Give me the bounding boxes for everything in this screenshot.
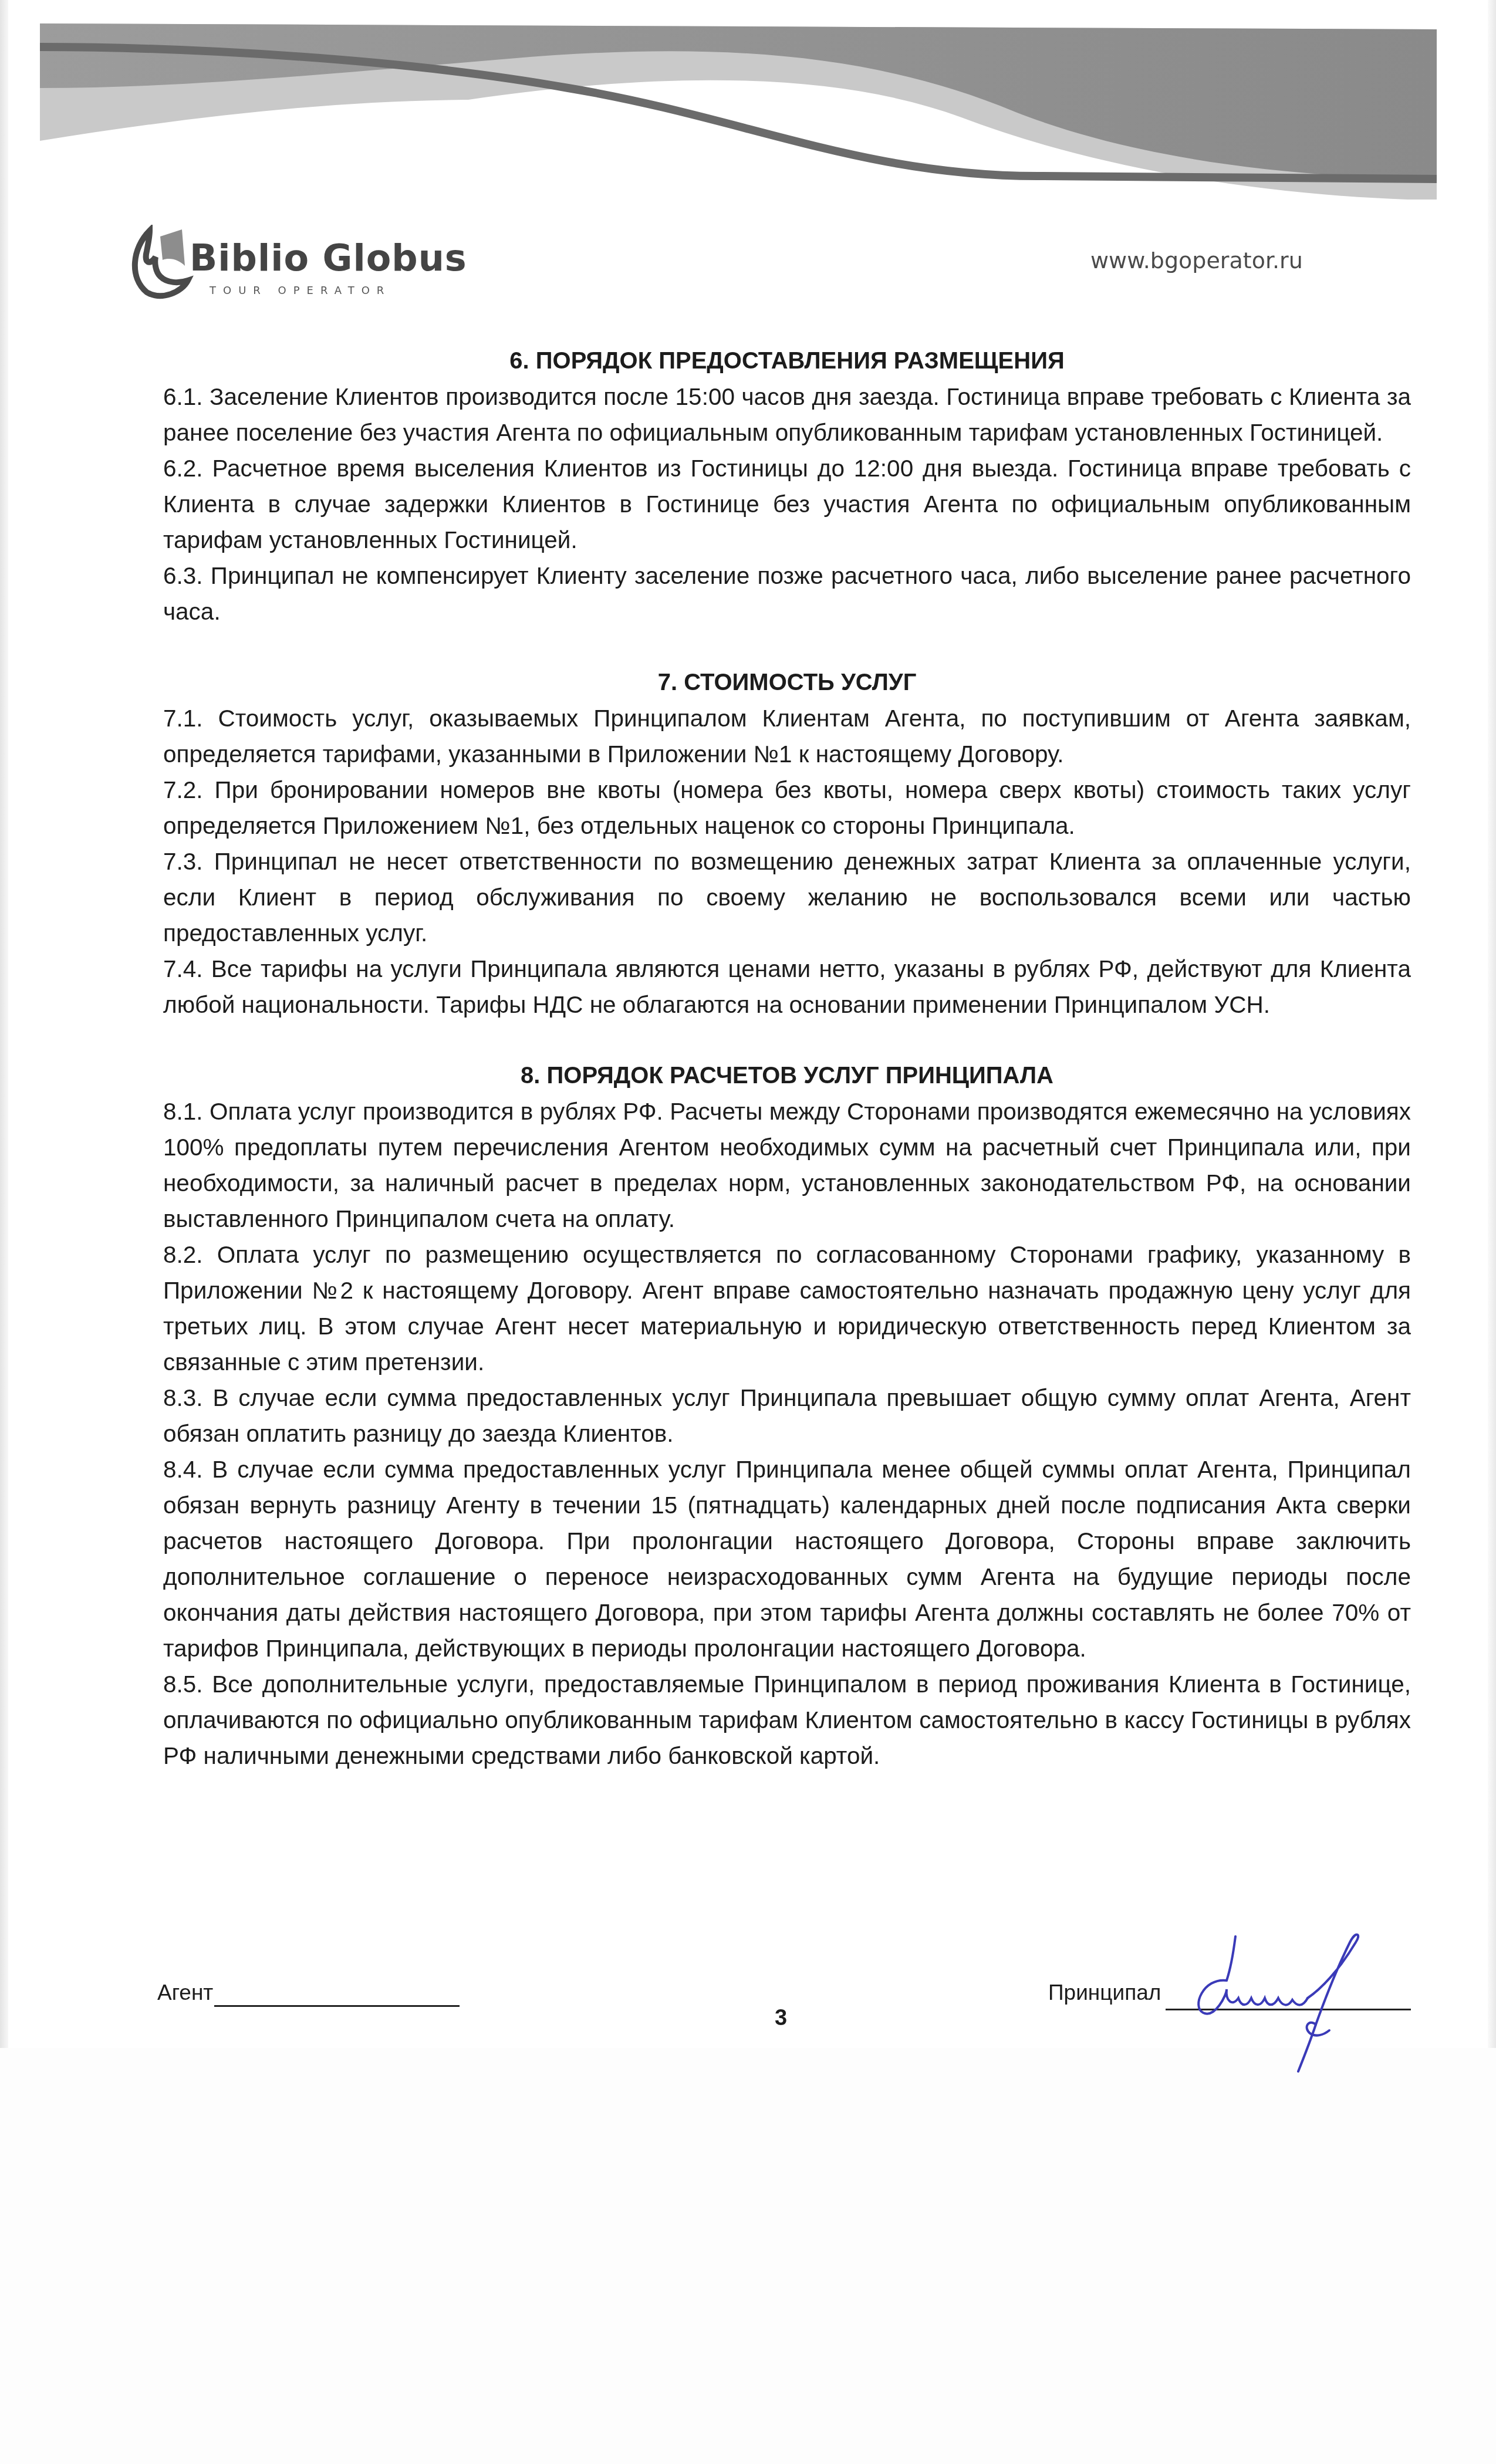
principal-signature-label: Принципал [1048, 1980, 1161, 2005]
handwritten-signature-icon [1180, 1925, 1426, 2077]
section-8-title: 8. ПОРЯДОК РАСЧЕТОВ УСЛУГ ПРИНЦИПАЛА [163, 1058, 1411, 1094]
section-gap [163, 630, 1411, 665]
clause-8-1: 8.1. Оплата услуг производится в рублях … [163, 1094, 1411, 1237]
header-wave-graphic [40, 23, 1437, 200]
clause-7-2: 7.2. При бронировании номеров вне квоты … [163, 772, 1411, 844]
section-6-title: 6. ПОРЯДОК ПРЕДОСТАВЛЕНИЯ РАЗМЕЩЕНИЯ [163, 343, 1411, 379]
brand-logo: Biblio Globus TOUR OPERATOR [126, 225, 455, 301]
signature-row: Агент Принципал [0, 1963, 1496, 2051]
clause-6-1: 6.1. Заселение Клиентов производится пос… [163, 379, 1411, 451]
section-7-title: 7. СТОИМОСТЬ УСЛУГ [163, 665, 1411, 701]
agent-signature-label: Агент [157, 1980, 213, 2005]
clause-7-4: 7.4. Все тарифы на услуги Принципала явл… [163, 951, 1411, 1023]
agent-signature-line [214, 2005, 460, 2007]
clause-8-5: 8.5. Все дополнительные услуги, предоста… [163, 1667, 1411, 1774]
clause-8-2: 8.2. Оплата услуг по размещению осуществ… [163, 1237, 1411, 1380]
brand-tagline: TOUR OPERATOR [210, 285, 391, 297]
logo-mark-icon [126, 225, 197, 301]
website-url: www.bgoperator.ru [1090, 248, 1303, 273]
clause-7-1: 7.1. Стоимость услуг, оказываемых Принци… [163, 701, 1411, 772]
clause-8-3: 8.3. В случае если сумма предоставленных… [163, 1380, 1411, 1452]
scan-edge-left [0, 0, 8, 2048]
scan-edge-right [1488, 0, 1496, 2048]
document-page: Biblio Globus TOUR OPERATOR www.bgoperat… [0, 0, 1496, 2048]
clause-8-4: 8.4. В случае если сумма предоставленных… [163, 1452, 1411, 1667]
page-number: 3 [775, 2006, 787, 2031]
document-body: 6. ПОРЯДОК ПРЕДОСТАВЛЕНИЯ РАЗМЕЩЕНИЯ 6.1… [163, 343, 1411, 1774]
clause-6-3: 6.3. Принципал не компенсирует Клиенту з… [163, 558, 1411, 630]
section-gap [163, 1023, 1411, 1058]
clause-6-2: 6.2. Расчетное время выселения Клиентов … [163, 451, 1411, 558]
clause-7-3: 7.3. Принципал не несет ответственности … [163, 844, 1411, 951]
brand-name: Biblio Globus [190, 236, 467, 279]
